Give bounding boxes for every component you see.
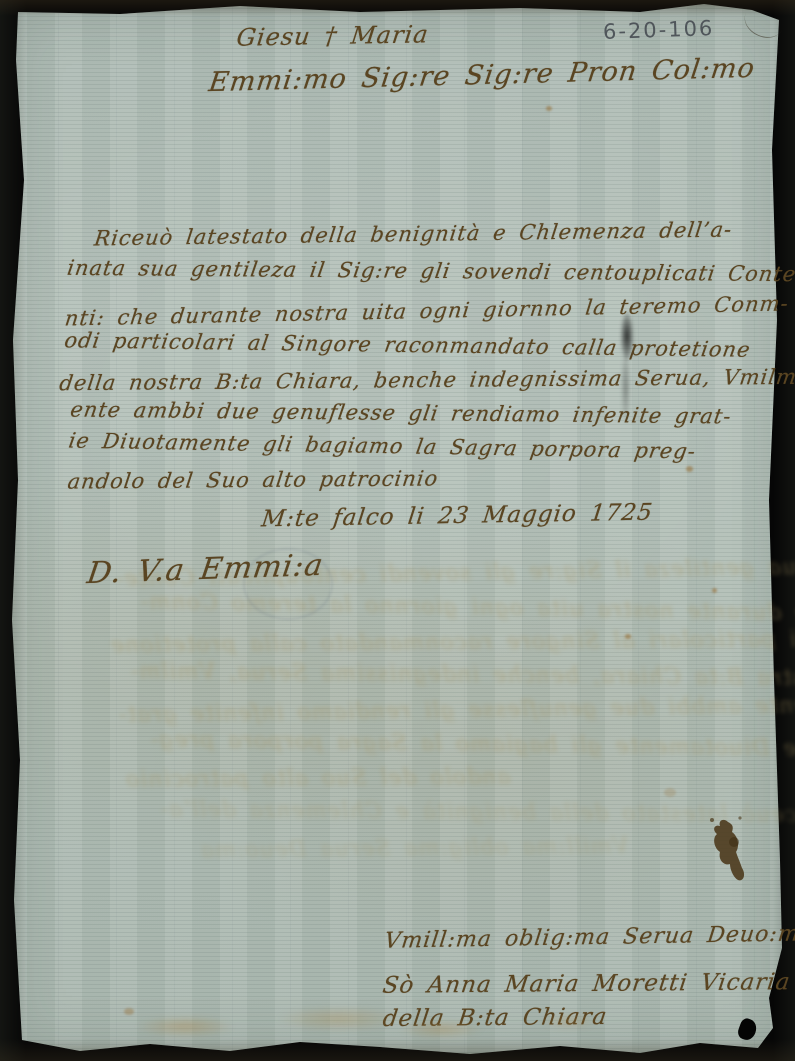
foxing-spot (664, 788, 676, 797)
ink-smudge-streak (614, 294, 640, 426)
bleedthrough-line: andolo del Suo alto patrocinio (125, 765, 511, 793)
foxing-spot (546, 106, 552, 111)
foxing-spot (625, 634, 631, 639)
letter-paper-sheet (0, 0, 795, 1061)
bleedthrough-line: Vmill:ma oblig:ma Serua Deuo:ma (200, 834, 629, 863)
foxing-spot (712, 588, 717, 593)
signature-line: Sò Anna Maria Moretti Vicaria (381, 969, 792, 999)
manuscript-scan: inata sua gentileza il Sig:re gli sovend… (0, 0, 795, 1061)
ink-blot (694, 808, 758, 890)
foxing-spot (124, 1008, 134, 1015)
bottom-edge-stain (70, 998, 710, 1050)
invocation-line: Giesu † Maria (235, 20, 430, 51)
body-line: andolo del Suo alto patrocinio (66, 466, 440, 493)
foxing-spot (686, 466, 693, 472)
archival-number: 6-20-106 (603, 16, 715, 44)
